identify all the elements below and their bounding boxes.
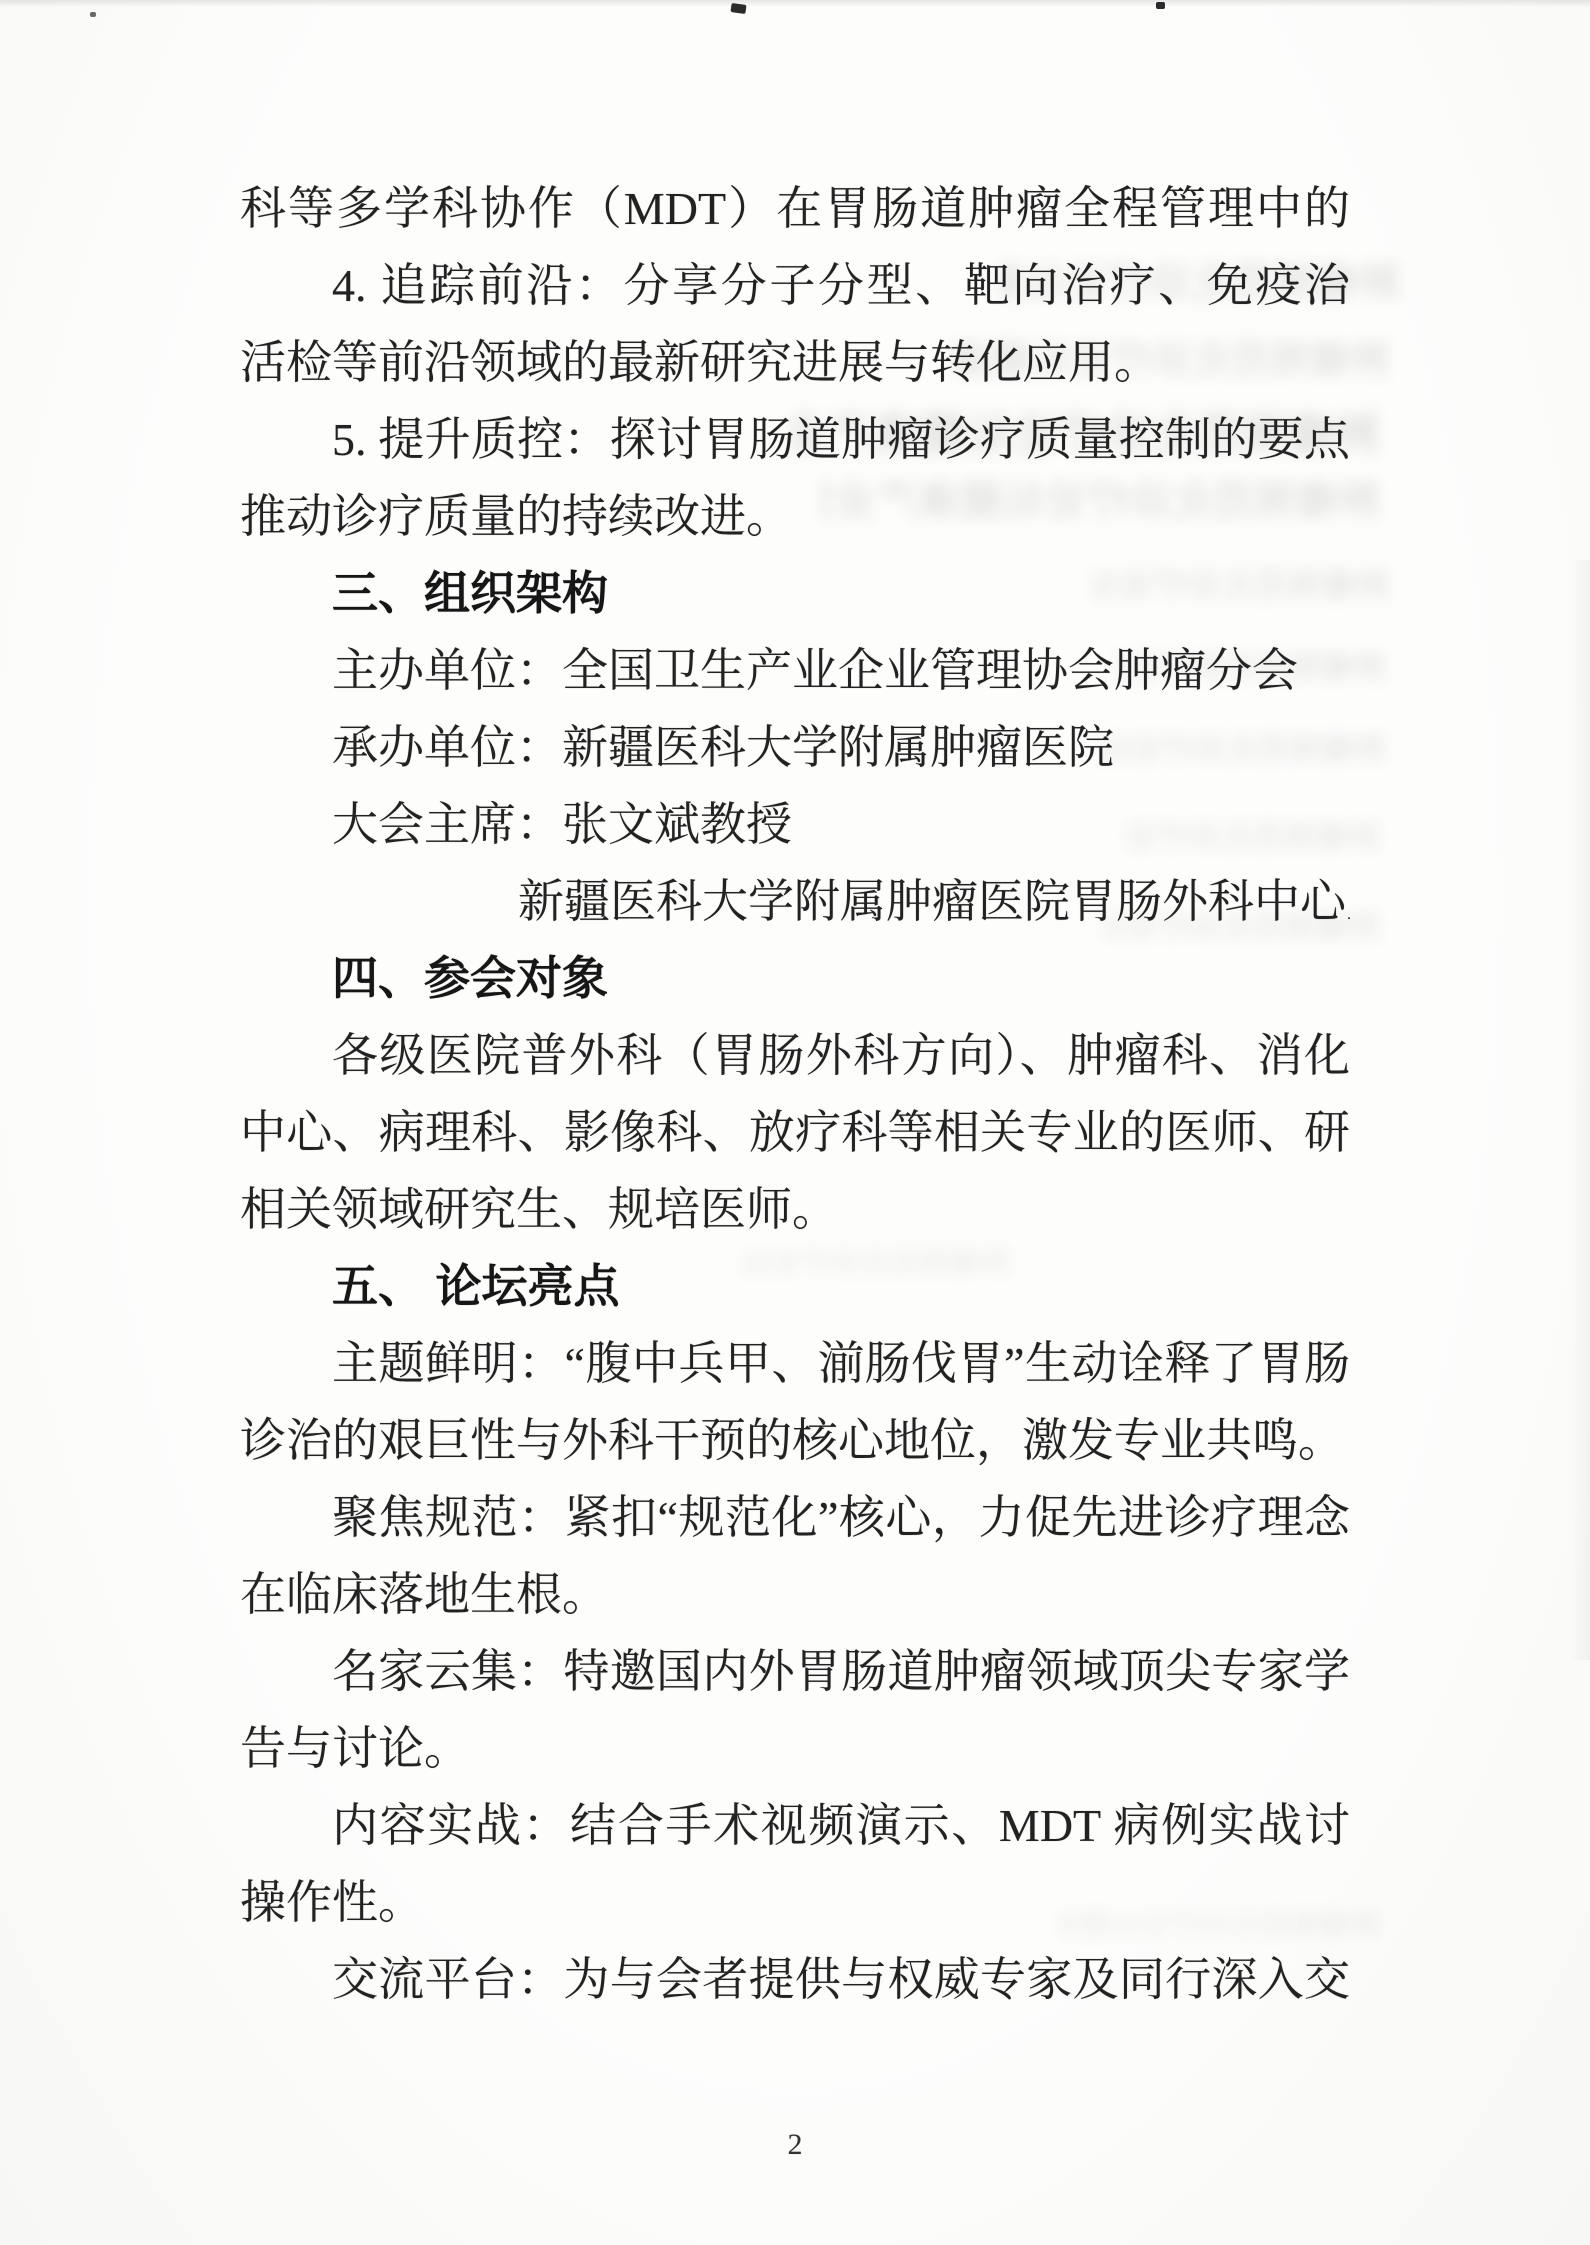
scan-edge-smudge (1570, 560, 1590, 1660)
text-line: 主办单位：全国卫生产业企业管理协会肿瘤分会 (240, 632, 1350, 709)
text-line: 相关领域研究生、规培医师。 (240, 1171, 1350, 1248)
page-footer: 2 (0, 2128, 1590, 2162)
text-line: 主题鲜明：“腹中兵甲、湔肠伐胃”生动诠释了胃肠道肿瘤 (240, 1325, 1350, 1402)
text-line: 承办单位：新疆医科大学附属肿瘤医院 (240, 709, 1350, 786)
text-line: 诊治的艰巨性与外科干预的核心地位，激发专业共鸣。 (240, 1402, 1350, 1479)
text-line: 内容实战：结合手术视频演示、MDT 病例实战讨论，强调可 (240, 1787, 1350, 1864)
text-line: 新疆医科大学附属肿瘤医院胃肠外科中心主任 (240, 863, 1350, 940)
scan-edge-shadow (0, 0, 1590, 7)
text-line: 5. 提升质控：探讨胃肠道肿瘤诊疗质量控制的要点与方法， (240, 401, 1350, 478)
text-line: 4. 追踪前沿：分享分子分型、靶向治疗、免疫治疗、液体 (240, 247, 1350, 324)
text-line: 活检等前沿领域的最新研究进展与转化应用。 (240, 324, 1350, 401)
document-content: 科等多学科协作（MDT）在胃肠道肿瘤全程管理中的核心作用。4. 追踪前沿：分享分… (240, 170, 1350, 2018)
text-line: 各级医院普外科（胃肠外科方向）、肿瘤科、消化内科、内镜 (240, 1017, 1350, 1094)
text-line: 三、组织架构 (240, 555, 1350, 632)
text-line: 在临床落地生根。 (240, 1556, 1350, 1633)
scan-speck (1156, 2, 1165, 9)
text-line: 中心、病理科、影像科、放疗科等相关专业的医师、研究人员。 (240, 1094, 1350, 1171)
text-line: 告与讨论。 (240, 1710, 1350, 1787)
text-line: 科等多学科协作（MDT）在胃肠道肿瘤全程管理中的核心作用。 (240, 170, 1350, 247)
text-line: 四、参会对象 (240, 940, 1350, 1017)
text-line: 大会主席：张文斌教授 (240, 786, 1350, 863)
scan-speck (90, 12, 96, 17)
text-line: 名家云集：特邀国内外胃肠道肿瘤领域顶尖专家学者进行报 (240, 1633, 1350, 1710)
document-page: 肿瘤规范化诊疗论坛健康产业协会学术邀请 肿瘤规范化诊疗论坛健康产业协会学术邀请 … (0, 0, 1590, 2245)
text-line: 聚焦规范：紧扣“规范化”核心，力促先进诊疗理念与标准 (240, 1479, 1350, 1556)
page-number: 2 (788, 2128, 803, 2161)
scan-speck (730, 3, 746, 14)
document-lines: 科等多学科协作（MDT）在胃肠道肿瘤全程管理中的核心作用。4. 追踪前沿：分享分… (240, 170, 1350, 2018)
text-line: 推动诊疗质量的持续改进。 (240, 478, 1350, 555)
text-line: 交流平台：为与会者提供与权威专家及同行深入交流、切磋 (240, 1941, 1350, 2018)
text-line: 操作性。 (240, 1864, 1350, 1941)
text-line: 五、 论坛亮点 (240, 1248, 1350, 1325)
